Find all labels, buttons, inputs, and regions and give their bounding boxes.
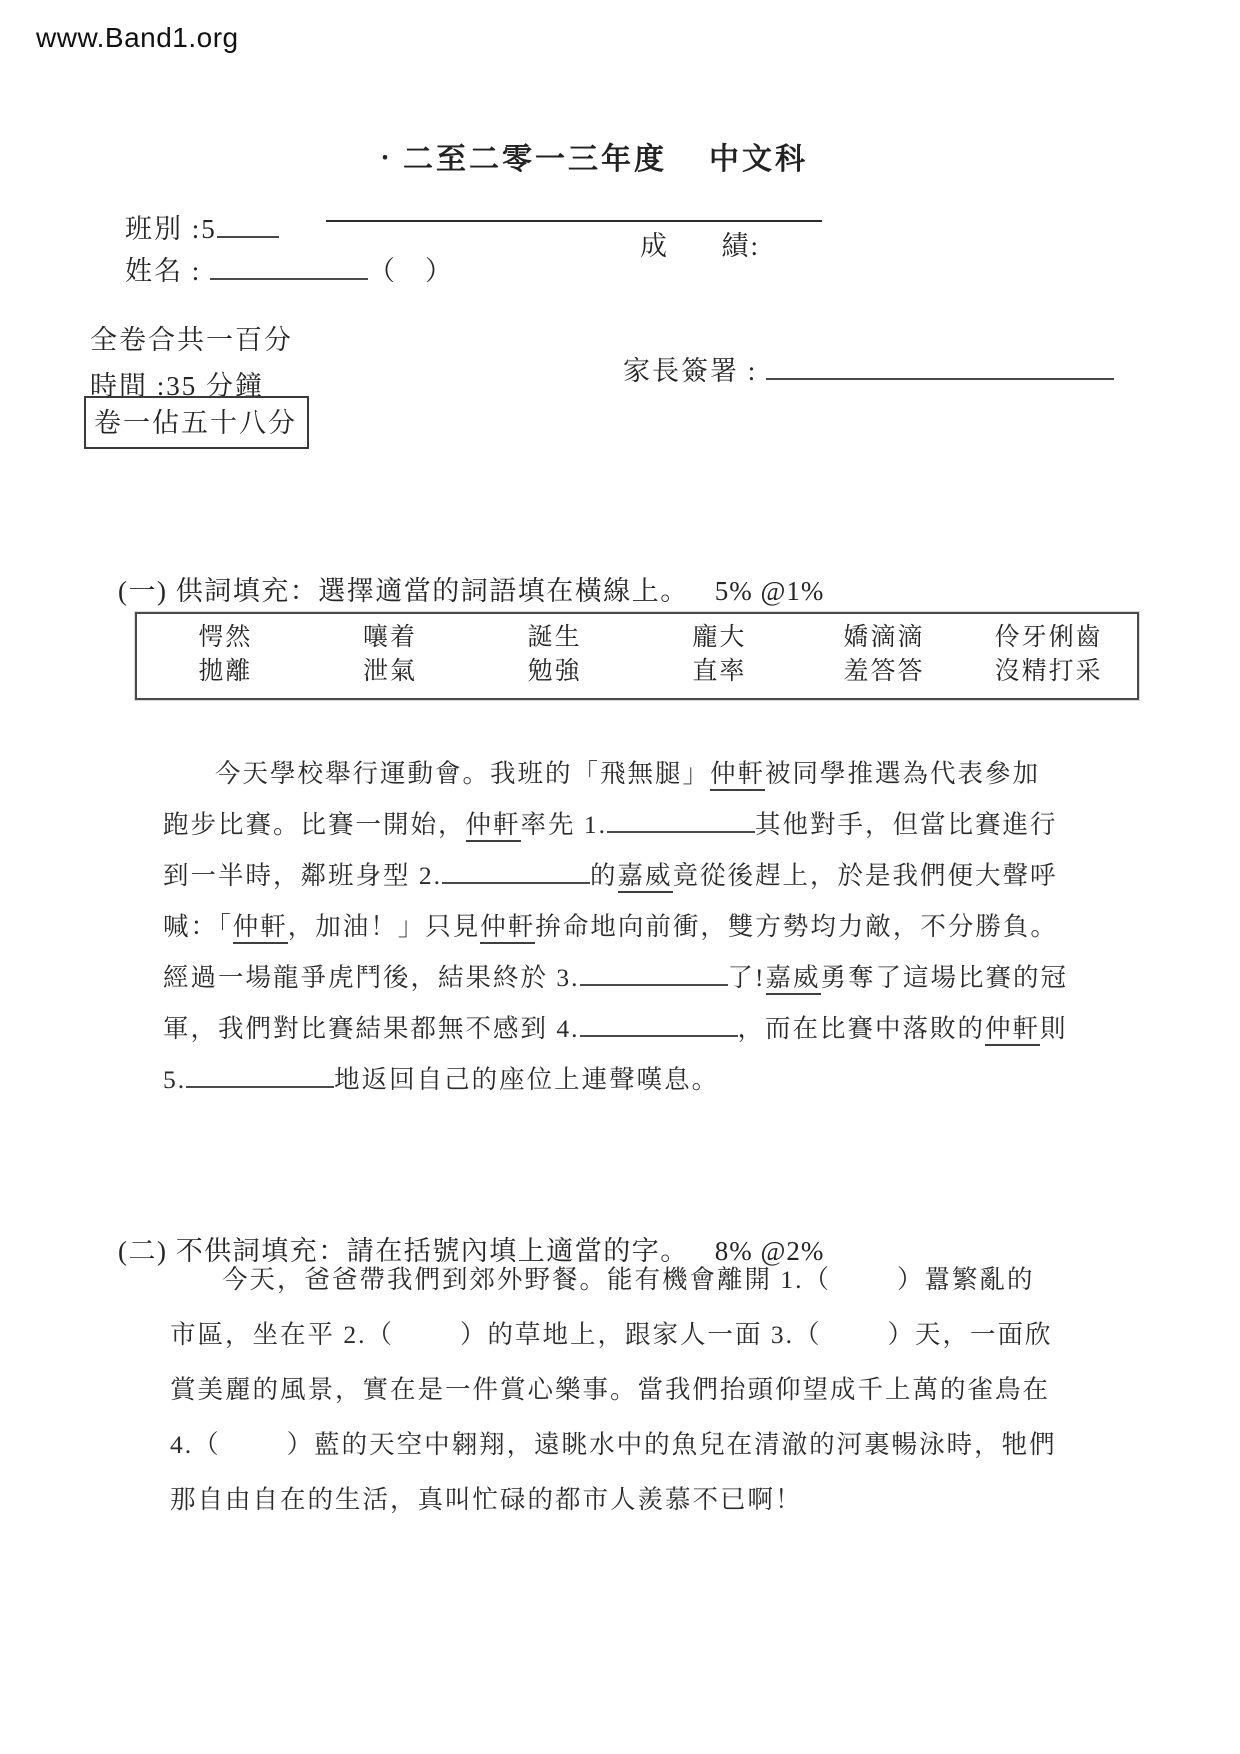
word-bank-word: 伶牙俐齒: [966, 621, 1131, 655]
bracket-answer-gap: [831, 1286, 897, 1288]
word-bank-word: 泄氣: [308, 655, 473, 689]
exam-paper-page: www.Band1.org ‧二至二零一三年度中文科 班別 :5 姓名 : （）…: [0, 0, 1240, 1754]
text-run: 4.（: [170, 1430, 221, 1459]
word-bank-table: 愕然嚷着誕生龐大嬌滴滴伶牙俐齒拋離泄氣勉強直率羞答答沒精打采: [135, 612, 1139, 700]
text-run: 經過一場龍爭虎鬥後，結果終於 3.: [163, 963, 580, 992]
paragraph-line: 經過一場龍爭虎鬥後，結果終於 3.了!嘉威勇奪了這場比賽的冠: [163, 952, 1143, 1003]
text-run: 市區，坐在平 2.（: [170, 1320, 394, 1349]
proper-noun-underline: 嘉威: [766, 963, 821, 995]
text-run: ）的草地上，跟家人一面 3.（: [460, 1320, 822, 1349]
text-run: ，加油！」只見: [288, 912, 481, 941]
name-field: 姓名 : （）: [90, 218, 454, 319]
proper-noun-underline: 仲軒: [480, 912, 535, 944]
class-number-gap: [397, 278, 425, 280]
word-bank-word: 直率: [637, 655, 802, 689]
word-bank-word: 龐大: [637, 621, 802, 655]
proper-noun-underline: 仲軒: [466, 810, 521, 842]
name-blank-line: [210, 273, 368, 280]
text-run: ）囂繁亂的: [897, 1265, 1035, 1294]
text-run: 則: [1040, 1014, 1068, 1043]
text-run: 今天學校舉行運動會。我班的「飛無腿」: [215, 759, 710, 788]
fill-in-blank-line: [442, 877, 590, 884]
word-bank-word: 誕生: [472, 621, 637, 655]
text-run: 5.: [163, 1065, 186, 1094]
text-run: 賞美麗的風景，實在是一件賞心樂事。當我們抬頭仰望成千上萬的雀鳥在: [170, 1375, 1050, 1404]
parent-signature-blank: [766, 373, 1114, 380]
section2-passage: 今天，爸爸帶我們到郊外野餐。能有機會離開 1.（）囂繁亂的市區，坐在平 2.（）…: [170, 1252, 1150, 1527]
paragraph-line: 賞美麗的風景，實在是一件賞心樂事。當我們抬頭仰望成千上萬的雀鳥在: [170, 1362, 1150, 1417]
paragraph-line: 5.地返回自己的座位上連聲嘆息。: [163, 1054, 1143, 1105]
text-run: 其他對手，但當比賽進行: [755, 810, 1058, 839]
parent-signature-field: 家長簽署 :: [588, 318, 1114, 419]
word-bank-row: 拋離泄氣勉強直率羞答答沒精打采: [143, 655, 1131, 689]
score-label: 成 績:: [640, 224, 760, 263]
bracket-answer-gap: [221, 1451, 287, 1453]
parent-signature-label: 家長簽署 :: [623, 356, 766, 386]
word-bank-word: 沒精打采: [966, 655, 1131, 689]
paren-close: ）: [425, 256, 454, 286]
site-watermark: www.Band1.org: [36, 22, 239, 54]
paragraph-line: 軍，我們對比賽結果都無不感到 4.，而在比賽中落敗的仲軒則: [163, 1003, 1143, 1054]
total-marks-label: 全卷合共一百分: [90, 318, 293, 357]
paragraph-line: 喊：「仲軒，加油！」只見仲軒拚命地向前衝，雙方勢均力敵，不分勝負。: [163, 901, 1143, 952]
paren-open: （: [368, 256, 397, 286]
text-run: ）天，一面欣: [888, 1320, 1053, 1349]
name-label: 姓名 :: [125, 256, 210, 286]
text-run: 被同學推選為代表參加: [765, 759, 1040, 788]
section1-passage: 今天學校舉行運動會。我班的「飛無腿」仲軒被同學推選為代表參加跑步比賽。比賽一開始…: [163, 748, 1143, 1105]
text-run: ）藍的天空中翱翔，遠眺水中的魚兒在清澈的河裏暢泳時，牠們: [287, 1430, 1057, 1459]
paper-one-marks-box: 卷一佔五十八分: [84, 396, 309, 449]
exam-title-subject: 中文科: [709, 143, 808, 176]
text-run: 竟從後趕上，於是我們便大聲呼: [673, 861, 1058, 890]
text-run: 的: [590, 861, 618, 890]
word-bank-word: 羞答答: [802, 655, 967, 689]
word-bank-word: 勉強: [472, 655, 637, 689]
bracket-answer-gap: [822, 1341, 888, 1343]
text-run: 到一半時，鄰班身型 2.: [163, 861, 442, 890]
exam-title: ‧二至二零一三年度中文科: [326, 100, 822, 222]
paragraph-line: 4.（）藍的天空中翱翔，遠眺水中的魚兒在清澈的河裏暢泳時，牠們: [170, 1417, 1150, 1472]
exam-title-year: ‧二至二零一三年度: [370, 143, 667, 176]
text-run: 喊：「: [163, 912, 233, 941]
proper-noun-underline: 嘉威: [618, 861, 673, 893]
text-run: 率先 1.: [521, 810, 608, 839]
text-run: 跑步比賽。比賽一開始，: [163, 810, 466, 839]
section1-instruction: (一) 供詞填充：選擇適當的詞語填在橫線上。: [118, 576, 689, 606]
fill-in-blank-line: [580, 979, 728, 986]
word-bank-word: 嬌滴滴: [802, 621, 967, 655]
fill-in-blank-line: [580, 1030, 738, 1037]
text-run: 那自由自在的生活，真叫忙碌的都市人羨慕不已啊！: [170, 1485, 803, 1514]
fill-in-blank-line: [607, 826, 755, 833]
text-run: 拚命地向前衝，雙方勢均力敵，不分勝負。: [535, 912, 1058, 941]
proper-noun-underline: 仲軒: [710, 759, 765, 791]
text-run: 了!: [728, 963, 766, 992]
word-bank-word: 愕然: [143, 621, 308, 655]
section1-marks: 5% @1%: [715, 576, 825, 606]
text-run: 勇奪了這場比賽的冠: [821, 963, 1069, 992]
text-run: 地返回自己的座位上連聲嘆息。: [334, 1065, 719, 1094]
word-bank-word: 拋離: [143, 655, 308, 689]
text-run: 軍，我們對比賽結果都無不感到 4.: [163, 1014, 580, 1043]
paragraph-line: 今天學校舉行運動會。我班的「飛無腿」仲軒被同學推選為代表參加: [163, 748, 1143, 799]
fill-in-blank-line: [186, 1081, 334, 1088]
proper-noun-underline: 仲軒: [985, 1014, 1040, 1046]
paragraph-line: 市區，坐在平 2.（）的草地上，跟家人一面 3.（）天，一面欣: [170, 1307, 1150, 1362]
text-run: ，而在比賽中落敗的: [738, 1014, 986, 1043]
word-bank-row: 愕然嚷着誕生龐大嬌滴滴伶牙俐齒: [143, 621, 1131, 655]
paragraph-line: 今天，爸爸帶我們到郊外野餐。能有機會離開 1.（）囂繁亂的: [170, 1252, 1150, 1307]
bracket-answer-gap: [394, 1341, 460, 1343]
paragraph-line: 到一半時，鄰班身型 2.的嘉威竟從後趕上，於是我們便大聲呼: [163, 850, 1143, 901]
text-run: 今天，爸爸帶我們到郊外野餐。能有機會離開 1.（: [222, 1265, 831, 1294]
word-bank-word: 嚷着: [308, 621, 473, 655]
paragraph-line: 跑步比賽。比賽一開始，仲軒率先 1.其他對手，但當比賽進行: [163, 799, 1143, 850]
paragraph-line: 那自由自在的生活，真叫忙碌的都市人羨慕不已啊！: [170, 1472, 1150, 1527]
proper-noun-underline: 仲軒: [233, 912, 288, 944]
